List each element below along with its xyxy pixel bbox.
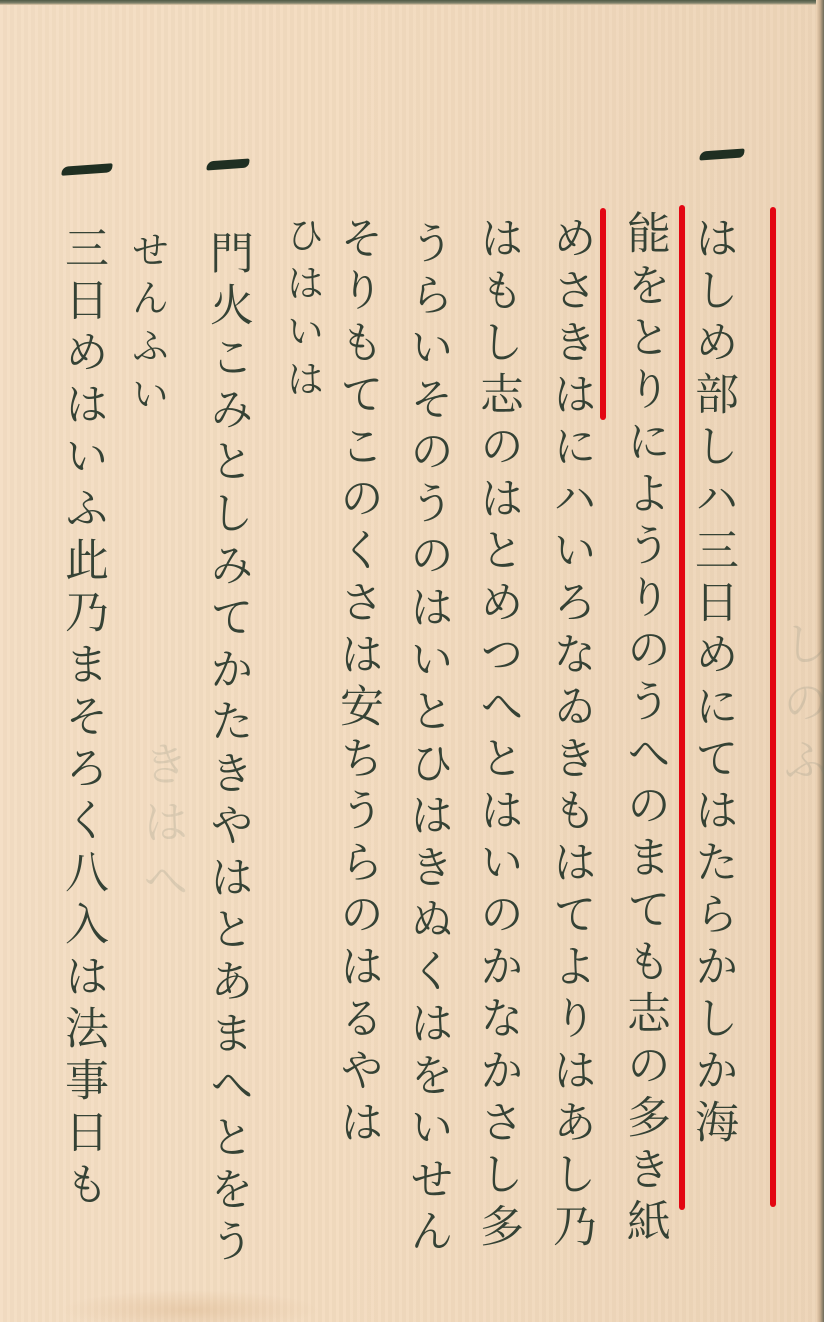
- text-column-1: はしめ部しハ三日めにてはたらかしか海: [690, 215, 734, 1151]
- show-through-text: しのふ: [770, 620, 824, 794]
- red-annotation-line-short: [600, 208, 606, 420]
- item-mark-1: [699, 148, 744, 160]
- text-column-10: 三日めはいふ此乃まそろく八入は法事日も: [60, 225, 104, 1213]
- paper-stain: [60, 1290, 320, 1322]
- text-column-7: ひはいは: [283, 215, 321, 407]
- show-through-text: きはへ: [130, 740, 196, 914]
- text-column-2: 能をとりにようりのうへのまても志の多き紙: [622, 210, 666, 1250]
- text-column-4: はもし志のはとめつへとはいのかなかさし多: [475, 215, 519, 1255]
- text-column-6: そりもてこのくさは安ちうらのはるやは: [335, 215, 379, 1151]
- text-column-9: せんふい: [128, 230, 166, 422]
- page-top-edge: [0, 0, 824, 5]
- red-annotation-line-middle: [679, 205, 685, 1210]
- text-column-8: 門火こみとしみてかたきやはとあまへとをう: [205, 230, 249, 1270]
- item-mark-2: [206, 159, 249, 171]
- item-mark-3: [61, 163, 112, 175]
- manuscript-page: しのふ きはへ はしめ部しハ三日めにてはたらかしか海 能をとりにようりのうへのま…: [0, 0, 824, 1322]
- red-annotation-line-right: [770, 207, 776, 1207]
- text-column-5: うらいそのうのはいとひはきぬくはをいせん: [405, 220, 449, 1260]
- text-column-3: めさきはにハいろなゐきもはてよりはあし乃: [548, 215, 592, 1255]
